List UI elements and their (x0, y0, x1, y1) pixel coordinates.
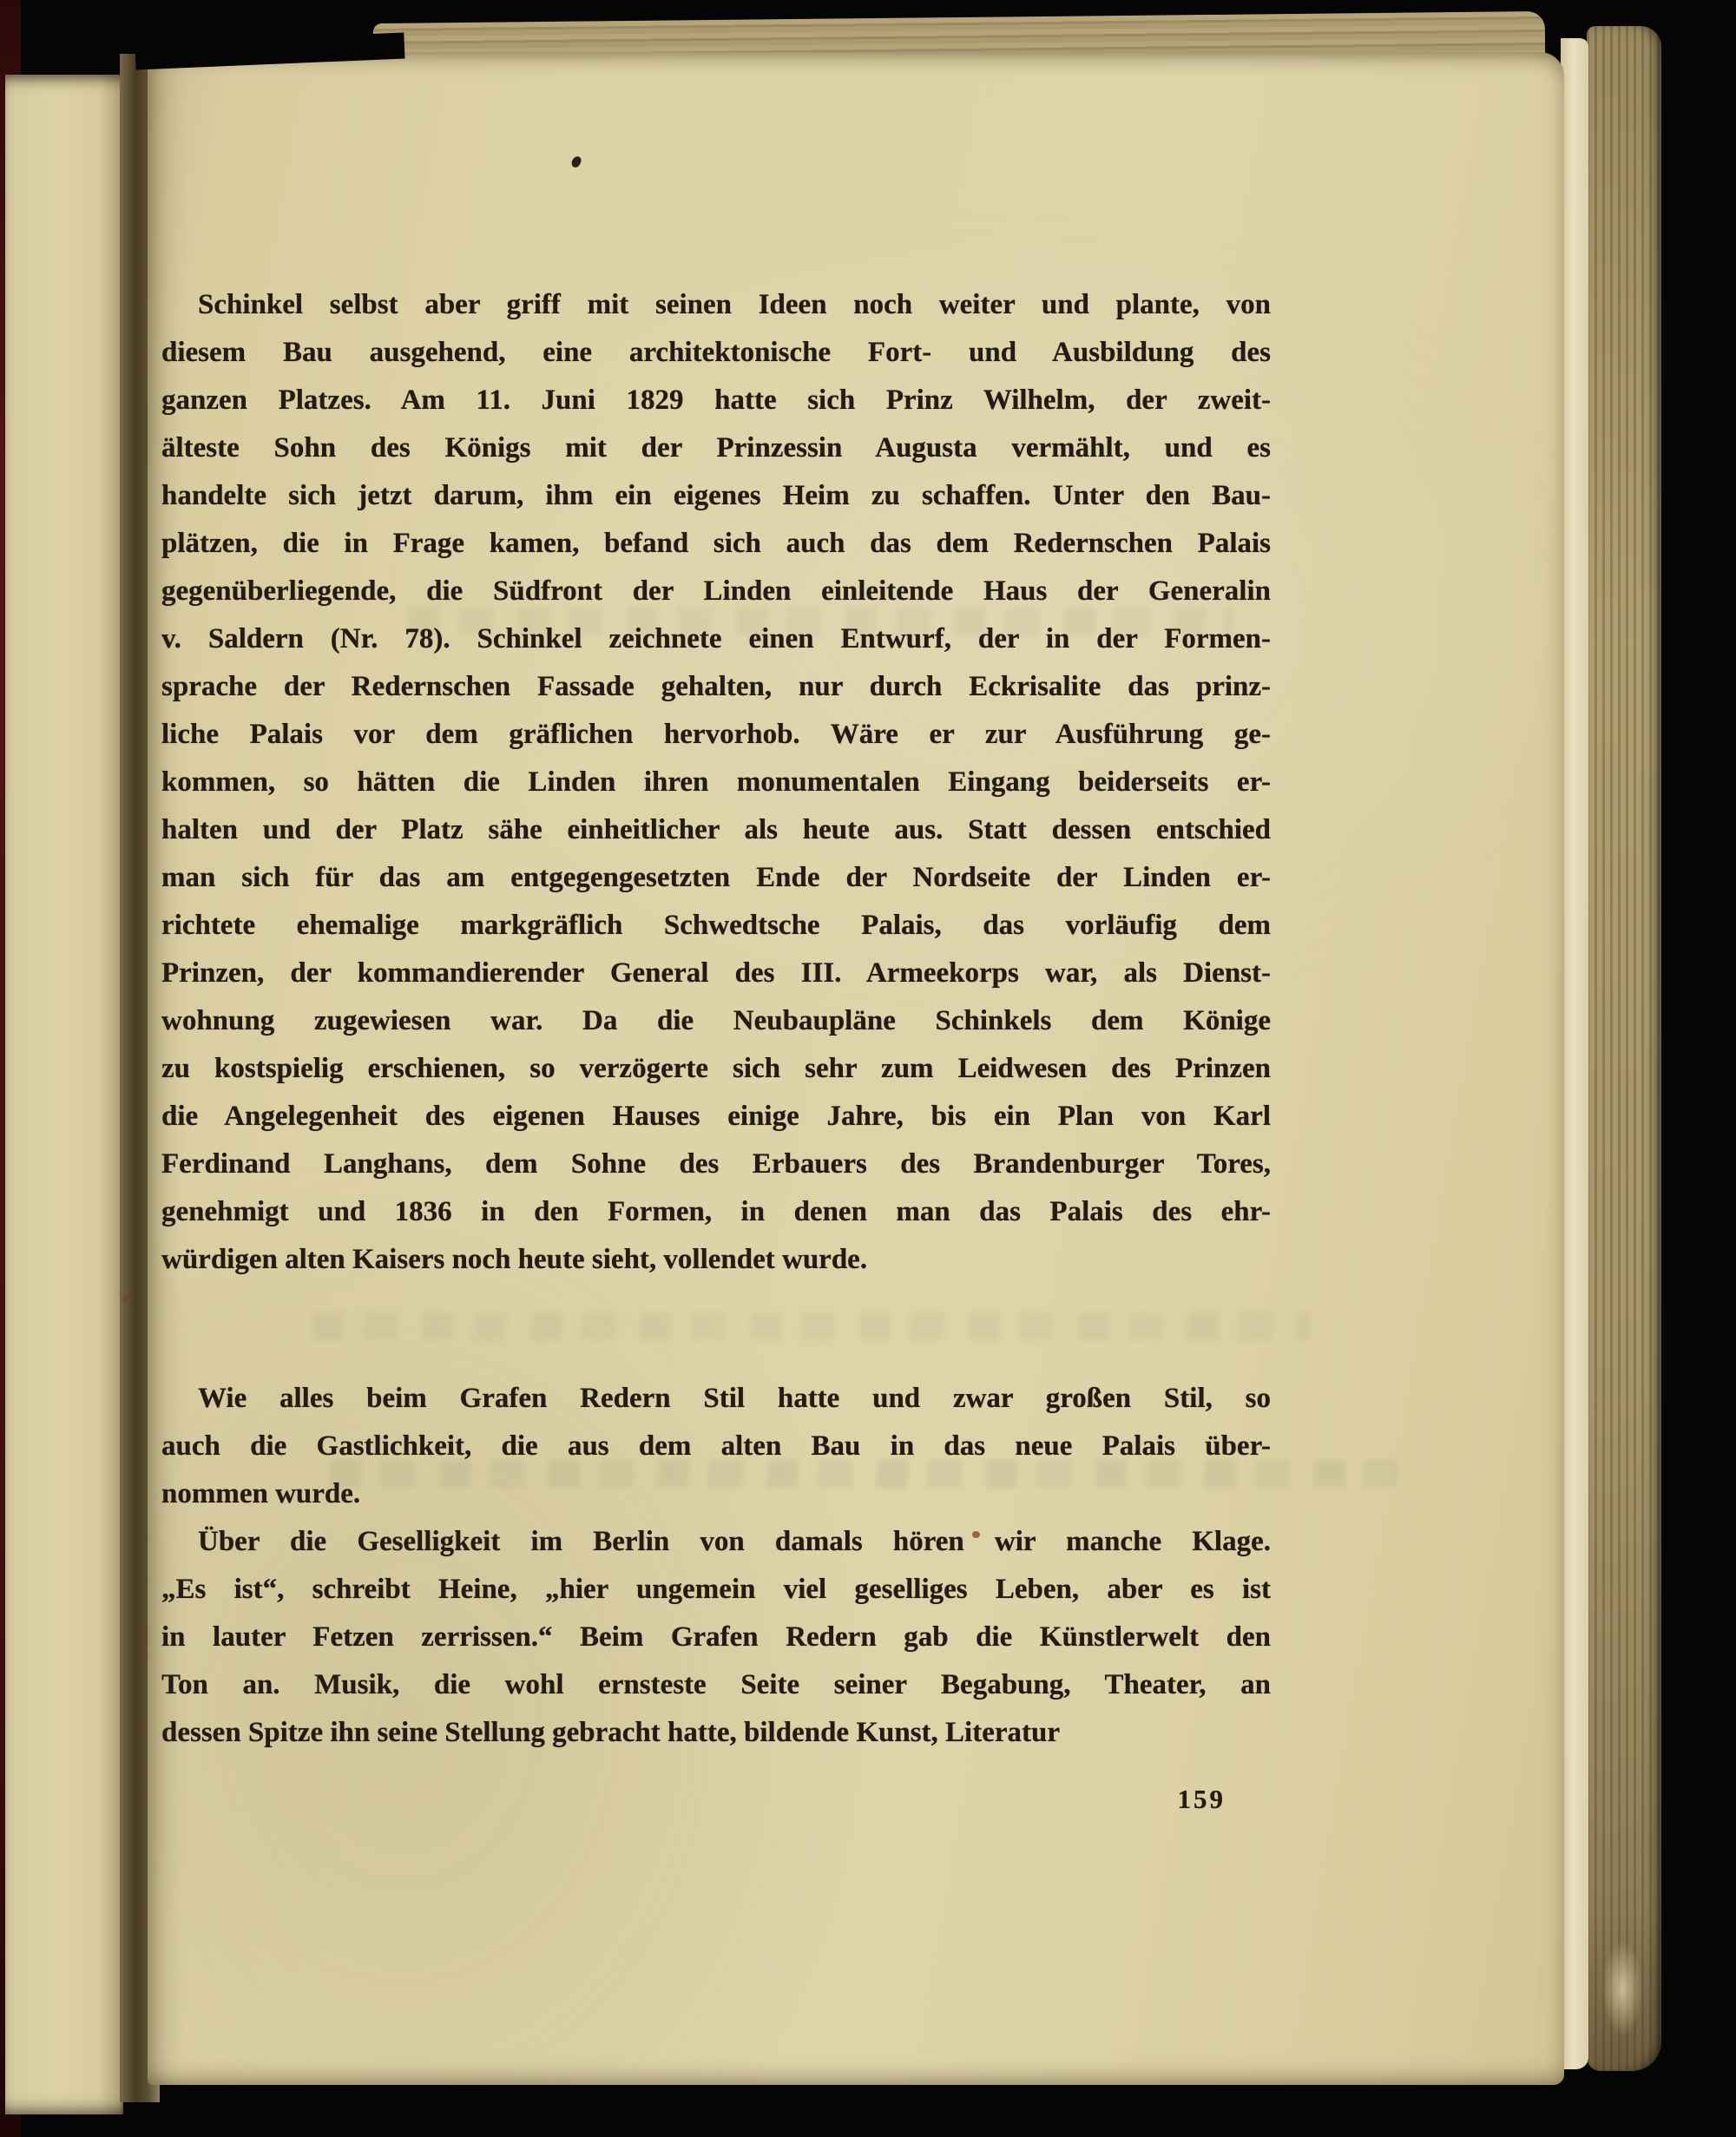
text-line: handelte sich jetzt darum, ihm ein eigen… (161, 472, 1271, 520)
text-line: in lauter Fetzen zerrissen.“ Beim Grafen… (161, 1614, 1271, 1661)
facing-page-edge (5, 75, 123, 2114)
text-line: „Es ist“, schreibt Heine, „hier ungemein… (161, 1566, 1271, 1614)
text-line: dessen Spitze ihn seine Stellung gebrach… (161, 1709, 1271, 1757)
text-line: auch die Gastlichkeit, die aus dem alten… (161, 1423, 1271, 1470)
text-line: kommen, so hätten die Linden ihren monum… (161, 759, 1271, 806)
text-line: Schinkel selbst aber griff mit seinen Id… (161, 281, 1271, 329)
text-line: Wie alles beim Grafen Redern Stil hatte … (161, 1375, 1271, 1423)
text-line: man sich für das am entgegengesetzten En… (161, 854, 1271, 902)
text-line: liche Palais vor dem gräflichen hervorho… (161, 711, 1271, 759)
text-line: Ton an. Musik, die wohl ernsteste Seite … (161, 1661, 1271, 1709)
text-line: halten und der Platz sähe einheitlicher … (161, 806, 1271, 854)
paragraph: Über die Geselligkeit im Berlin von dama… (161, 1518, 1271, 1757)
text-line: zu kostspielig erschienen, so verzögerte… (161, 1045, 1271, 1093)
text-line: v. Saldern (Nr. 78). Schinkel zeichnete … (161, 615, 1271, 663)
page-number: 159 (1178, 1784, 1226, 1815)
book-page: Schinkel selbst aber griff mit seinen Id… (148, 52, 1564, 2085)
text-line: gegenüberliegende, die Südfront der Lind… (161, 568, 1271, 615)
text-line: richtete ehemalige markgräflich Schwedts… (161, 902, 1271, 950)
text-line: die Angelegenheit des eigenen Hauses ein… (161, 1093, 1271, 1141)
text-line: sprache der Redernschen Fassade gehalten… (161, 663, 1271, 711)
fore-edge-page-block (1587, 26, 1661, 2071)
ink-speck (570, 155, 582, 168)
text-line: wohnung zugewiesen war. Da die Neubauplä… (161, 997, 1271, 1045)
text-line: genehmigt und 1836 in den Formen, in den… (161, 1188, 1271, 1236)
text-line: älteste Sohn des Königs mit der Prinzess… (161, 424, 1271, 472)
ink-speck (972, 1531, 980, 1538)
paragraph: Wie alles beim Grafen Redern Stil hatte … (161, 1375, 1271, 1518)
text-line: würdigen alten Kaisers noch heute sieht,… (161, 1236, 1271, 1284)
text-line: Über die Geselligkeit im Berlin von dama… (161, 1518, 1271, 1566)
ink-speck (123, 1295, 129, 1303)
page-edge-highlight (1561, 38, 1588, 2069)
book-photo: Schinkel selbst aber griff mit seinen Id… (0, 0, 1736, 2137)
page-text: Schinkel selbst aber griff mit seinen Id… (161, 281, 1271, 1757)
text-line: nommen wurde. (161, 1470, 1271, 1518)
text-line: diesem Bau ausgehend, eine architektonis… (161, 329, 1271, 377)
text-line: Ferdinand Langhans, dem Sohne des Erbaue… (161, 1141, 1271, 1188)
text-line: ganzen Platzes. Am 11. Juni 1829 hatte s… (161, 377, 1271, 424)
text-line: Prinzen, der kommandierender General des… (161, 950, 1271, 997)
text-line: plätzen, die in Frage kamen, befand sich… (161, 520, 1271, 568)
paragraph: Schinkel selbst aber griff mit seinen Id… (161, 281, 1271, 1284)
